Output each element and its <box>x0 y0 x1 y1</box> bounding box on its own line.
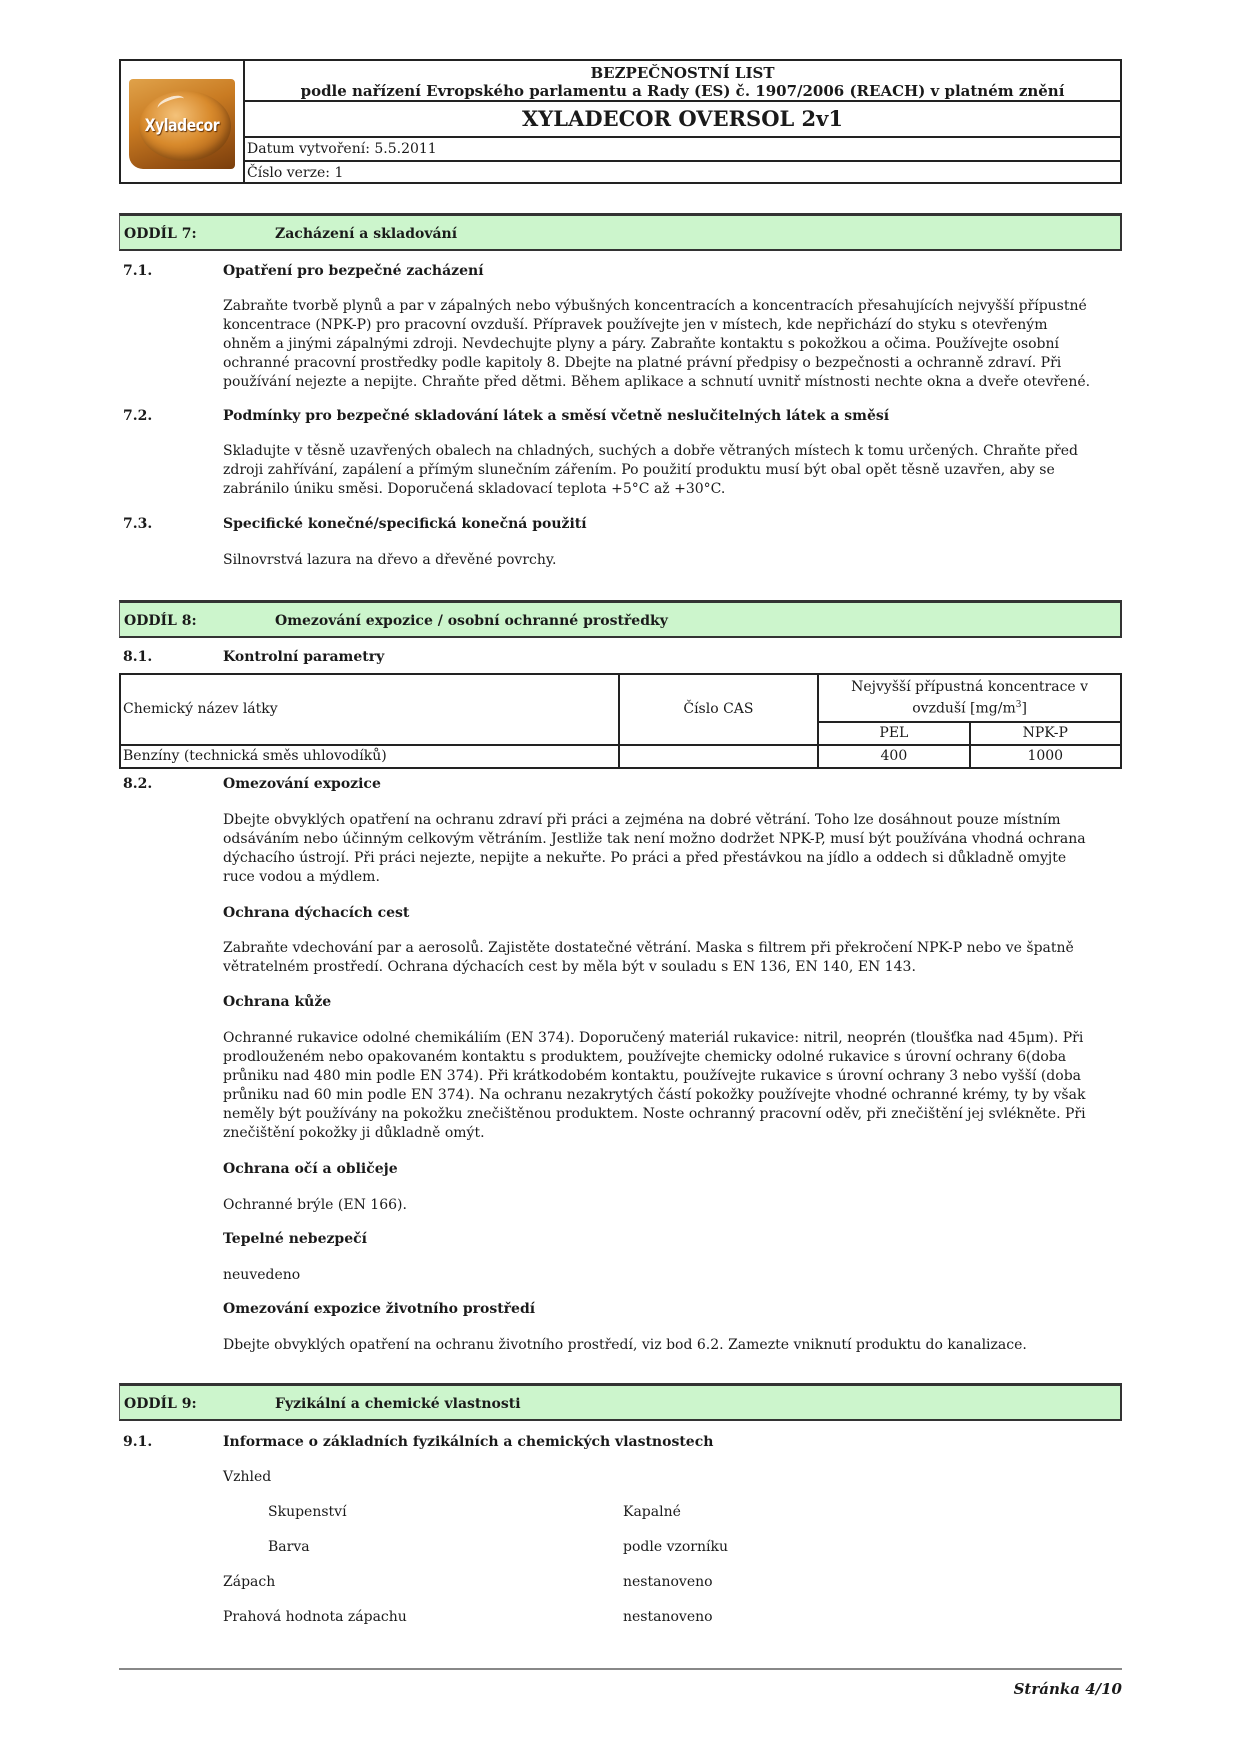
control-parameters-table: Chemický název látky Číslo CAS Nejvyšší … <box>119 673 1122 769</box>
xyladecor-logo-icon: Xyladecor <box>129 79 235 169</box>
skin-protection-text: Ochranné rukavice odolné chemikáliím (EN… <box>223 1029 1118 1143</box>
environmental-exposure-title: Omezování expozice životního prostředí <box>223 1301 535 1317</box>
subsection-7-2-number: 7.2. <box>123 408 152 424</box>
section-number: ODDÍL 9: <box>124 1396 197 1412</box>
environmental-exposure-text: Dbejte obvyklých opatření na ochranu živ… <box>223 1336 1118 1355</box>
appearance-label: Vzhled <box>223 1469 271 1485</box>
paragraph-7-3: Silnovrstvá lazura na dřevo a dřevěné po… <box>223 551 1118 570</box>
column-header-cas: Číslo CAS <box>619 674 819 745</box>
eye-protection-title: Ochrana očí a obličeje <box>223 1161 398 1177</box>
property-value: Kapalné <box>623 1504 681 1520</box>
subsection-9-1-number: 9.1. <box>123 1434 152 1450</box>
respiratory-protection-title: Ochrana dýchacích cest <box>223 905 409 921</box>
created-date: Datum vytvoření: 5.5.2011 <box>245 138 1120 162</box>
section-title: Zacházení a skladování <box>275 226 457 242</box>
cell-pel: 400 <box>818 745 969 768</box>
cell-npk: 1000 <box>970 745 1121 768</box>
property-label: Skupenství <box>268 1504 347 1520</box>
subsection-7-2-title: Podmínky pro bezpečné skladování látek a… <box>223 408 889 424</box>
version-number: Číslo verze: 1 <box>245 162 1120 184</box>
paragraph-7-1: Zabraňte tvorbě plynů a par v zápalných … <box>223 297 1118 392</box>
column-header-name: Chemický název látky <box>120 674 619 745</box>
column-header-limit: Nejvyšší přípustná koncentrace v ovzduší… <box>818 674 1121 722</box>
property-value: nestanoveno <box>623 1609 713 1625</box>
subsection-9-1-title: Informace o základních fyzikálních a che… <box>223 1434 713 1450</box>
thermal-hazard-text: neuvedeno <box>223 1266 1118 1285</box>
property-label: Barva <box>268 1539 310 1555</box>
table-header-row: Chemický název látky Číslo CAS Nejvyšší … <box>120 674 1121 722</box>
cell-name: Benzíny (technická směs uhlovodíků) <box>120 745 619 768</box>
subsection-7-3-number: 7.3. <box>123 516 152 532</box>
document-subtitle: podle nařízení Evropského parlamentu a R… <box>245 82 1120 100</box>
footer-divider <box>119 1668 1122 1670</box>
section-9-header: ODDÍL 9: Fyzikální a chemické vlastnosti <box>119 1383 1122 1421</box>
subsection-8-1-number: 8.1. <box>123 649 152 665</box>
paragraph-8-2: Dbejte obvyklých opatření na ochranu zdr… <box>223 811 1118 887</box>
document-title: BEZPEČNOSTNÍ LIST <box>245 61 1120 82</box>
logo-text: Xyladecor <box>139 116 226 136</box>
property-value: nestanoveno <box>623 1574 713 1590</box>
property-label: Prahová hodnota zápachu <box>223 1609 407 1625</box>
subsection-7-1-number: 7.1. <box>123 263 152 279</box>
product-name: XYLADECOR OVERSOL 2v1 <box>245 102 1120 138</box>
document-title-cell: BEZPEČNOSTNÍ LIST podle nařízení Evropsk… <box>245 61 1120 102</box>
thermal-hazard-title: Tepelné nebezpečí <box>223 1231 367 1247</box>
cell-cas <box>619 745 819 768</box>
subsection-7-1-title: Opatření pro bezpečné zacházení <box>223 263 484 279</box>
page-number: Stránka 4/10 <box>1014 1680 1122 1698</box>
subsection-8-2-title: Omezování expozice <box>223 776 381 792</box>
section-7-header: ODDÍL 7: Zacházení a skladování <box>119 213 1122 251</box>
property-value: podle vzorníku <box>623 1539 728 1555</box>
section-number: ODDÍL 8: <box>124 613 197 629</box>
section-8-header: ODDÍL 8: Omezování expozice / osobní och… <box>119 600 1122 638</box>
section-title: Omezování expozice / osobní ochranné pro… <box>275 613 668 629</box>
property-label: Zápach <box>223 1574 275 1590</box>
document-header: Xyladecor BEZPEČNOSTNÍ LIST podle naříze… <box>119 59 1122 184</box>
section-title: Fyzikální a chemické vlastnosti <box>275 1396 521 1412</box>
table-row: Benzíny (technická směs uhlovodíků) 400 … <box>120 745 1121 768</box>
column-header-pel: PEL <box>818 722 969 745</box>
logo-cell: Xyladecor <box>121 61 245 182</box>
eye-protection-text: Ochranné brýle (EN 166). <box>223 1196 1118 1215</box>
column-header-npk: NPK-P <box>970 722 1121 745</box>
respiratory-protection-text: Zabraňte vdechování par a aerosolů. Zaji… <box>223 939 1118 977</box>
subsection-8-1-title: Kontrolní parametry <box>223 649 384 665</box>
subsection-7-3-title: Specifické konečné/specifická konečná po… <box>223 516 587 532</box>
skin-protection-title: Ochrana kůže <box>223 994 331 1010</box>
section-number: ODDÍL 7: <box>124 226 197 242</box>
paragraph-7-2: Skladujte v těsně uzavřených obalech na … <box>223 442 1118 499</box>
subsection-8-2-number: 8.2. <box>123 776 152 792</box>
